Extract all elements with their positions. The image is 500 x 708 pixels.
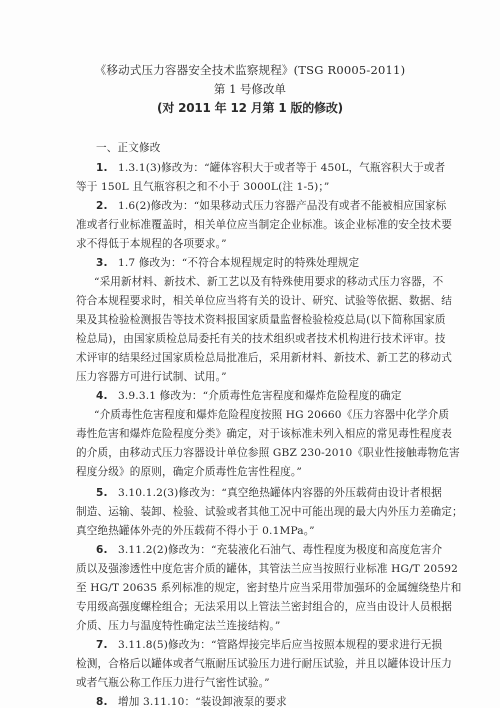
list-item-3-line: 检总局)，由国家质检总局委托有关的技术组织或者技术机构进行技术评审。技 (76, 332, 426, 346)
list-item-3-line: 术评审的结果经过国家质检总局批准后，采用新材料、新技术、新工艺的移动式 (76, 351, 426, 365)
item-number: 2. (96, 199, 118, 213)
list-item-3-first-line: 3.1.7 修改为：“不符合本规程规定时的特殊处理规定 (96, 256, 446, 270)
list-item-3-line: 符合本规程要求时，相关单位应当将有关的设计、研究、试验等依据、数据、结 (76, 294, 426, 308)
item-number: 8. (96, 695, 118, 708)
list-item-3-line: “采用新材料、新技术、新工艺以及有特殊使用要求的移动式压力容器，不 (94, 275, 444, 289)
list-item-5-line: 真空绝热罐体外壳的外压载荷不得小于 0.1MPa。” (76, 524, 426, 538)
item-number: 6. (96, 543, 118, 557)
list-item-7-first-line: 7.3.11.8(5)修改为：“管路焊接完毕后应当按照本规程的要求进行无损 (96, 638, 446, 652)
list-item-5-first-line: 5.3.10.1.2(3)修改为：“真空绝热罐体内容器的外压载荷由设计者根据 (96, 486, 446, 500)
list-item-7-line: 检测，合格后以罐体或者气瓶耐压试验压力进行耐压试验，并且以罐体设计压力 (76, 657, 426, 671)
list-item-4-line: “介质毒性危害程度和爆炸危险程度按照 HG 20660《压力容器中化学介质 (94, 408, 444, 422)
list-item-2-first-line: 2.1.6(2)修改为：“如果移动式压力容器产品没有或者不能被相应国家标 (96, 199, 446, 213)
list-item-2-line: 准或者行业标准覆盖时，相关单位应当制定企业标准。该企业标准的安全技术要 (76, 218, 426, 232)
list-item-4-line: 毒性危害和爆炸危险程度分类》确定，对于该标准未列入相应的常见毒性程度表 (76, 427, 426, 441)
item-number: 3. (96, 256, 118, 270)
list-item-7-line: 或者气瓶公称工作压力进行气密性试验。” (76, 676, 426, 690)
list-item-6-line: 介质、压力与温度特性确定法兰连接结构。” (76, 619, 426, 633)
item-number: 7. (96, 638, 118, 652)
list-item-1-line: 等于 150L 且气瓶容积之和不小于 3000L(注 1-5)；” (76, 180, 426, 194)
list-item-6-line: 专用级高强度螺栓组合；无法采用以上管法兰密封组合的，应当由设计人员根据 (76, 600, 426, 614)
edition-note: (对 2011 年 12 月第 1 版的修改) (0, 99, 500, 116)
list-item-5-line: 制造、运输、装卸、检验、试验或者其他工况中可能出现的最大内外压力差确定； (76, 505, 426, 519)
item-number: 4. (96, 389, 118, 403)
list-item-1-first-line: 1.1.3.1(3)修改为：“罐体容积大于或者等于 450L，气瓶容积大于或者 (96, 161, 446, 175)
list-item-6-first-line: 6.3.11.2(2)修改为：“充装液化石油气、毒性程度为极度和高度危害介 (96, 543, 446, 557)
document-page: 《移动式压力容器安全技术监察规程》(TSG R0005-2011) 第 1 号修… (0, 0, 500, 708)
item-number: 5. (96, 486, 118, 500)
list-item-3-line: 果及其检验检测报告等技术资料报国家质量监督检验检疫总局(以下简称国家质 (76, 313, 426, 327)
item-number: 1. (96, 161, 118, 175)
list-item-2-line: 求不得低于本规程的各项要求。” (76, 237, 426, 251)
list-item-4-line: 的介质，由移动式压力容器设计单位参照 GBZ 230-2010《职业性接触毒物危… (76, 446, 426, 460)
section-heading: 一、正文修改 (96, 141, 446, 155)
list-item-3-line: 压力容器方可进行试制、试用。” (76, 370, 426, 384)
document-title: 《移动式压力容器安全技术监察规程》(TSG R0005-2011) (0, 62, 500, 78)
document-subtitle: 第 1 号修改单 (0, 81, 500, 97)
list-item-8-first-line: 8.增加 3.11.10：“装设卸液泵的要求 (96, 695, 446, 708)
list-item-4-line: 程度分级》的原则，确定介质毒性危害性程度。” (76, 465, 426, 479)
list-item-4-first-line: 4.3.9.3.1 修改为：“介质毒性危害程度和爆炸危险程度的确定 (96, 389, 446, 403)
list-item-6-line: 质以及强渗透性中度危害介质的罐体，其管法兰应当按照行业标准 HG/T 20592 (76, 562, 426, 576)
list-item-6-line: 至 HG/T 20635 系列标准的规定，密封垫片应当采用带加强环的金属缠绕垫片… (76, 581, 426, 595)
